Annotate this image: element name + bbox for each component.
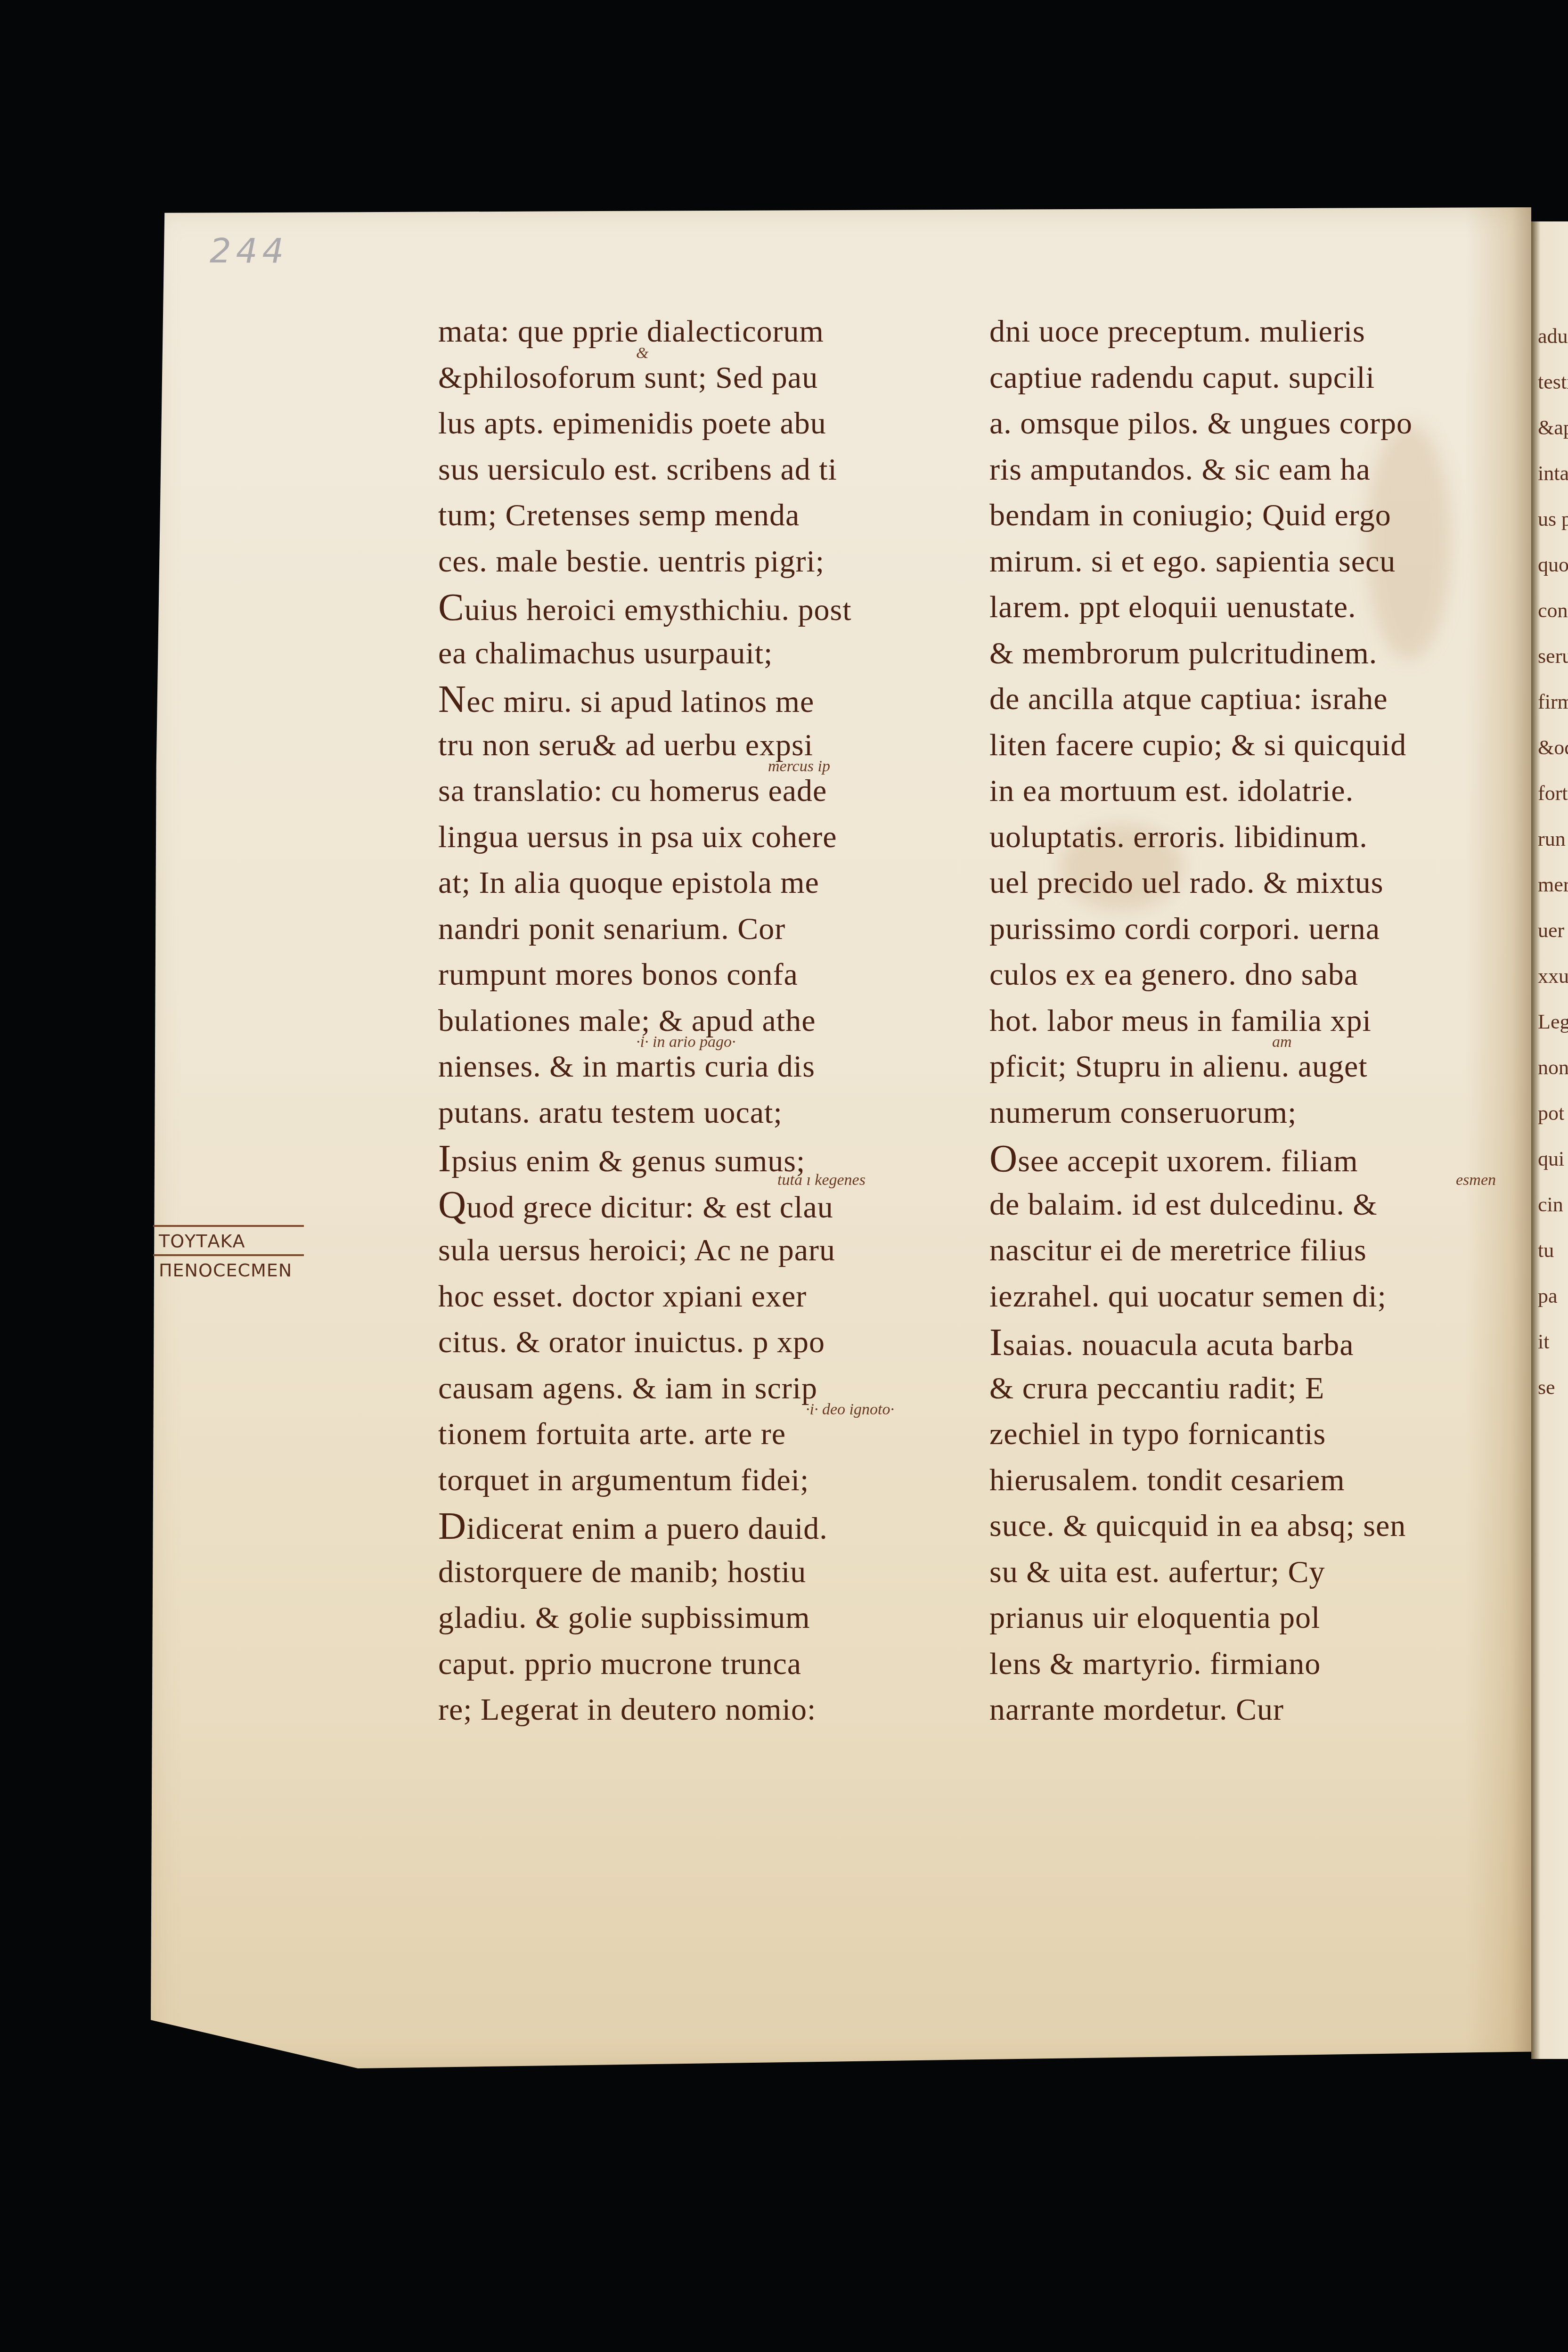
text-line: lens & martyrio. firmiano xyxy=(989,1641,1498,1687)
edge-text-line: firm xyxy=(1531,679,1568,725)
greek-line: ΠΕΝΟCΕCΜΕΝ xyxy=(153,1254,304,1283)
interlinear-gloss: am xyxy=(1272,1033,1292,1051)
interlinear-gloss: esmen xyxy=(1456,1171,1496,1189)
edge-text-line: pot xyxy=(1531,1090,1568,1136)
text-line: Cuius heroici emysthichiu. post xyxy=(438,584,956,630)
greek-line: ΤΟΥΤΑΚΑ xyxy=(153,1225,304,1254)
edge-text-line: testi xyxy=(1531,359,1568,405)
text-line: & crura peccantiu radit; E xyxy=(989,1365,1498,1412)
edge-text-line: tu xyxy=(1531,1227,1568,1273)
text-line: numerum conseruorum; xyxy=(989,1090,1498,1136)
edge-text-line: conti xyxy=(1531,588,1568,633)
edge-text-line: inta xyxy=(1531,450,1568,496)
text-line: Osee accepit uxorem. filiam xyxy=(989,1135,1498,1182)
text-column-left: mata: que pprie dialecticorum&philosofor… xyxy=(438,309,956,1733)
text-line: torquet in argumentum fidei; xyxy=(438,1457,956,1503)
text-line: ea chalimachus usurpauit; xyxy=(438,630,956,677)
text-line: uel precido uel rado. & mixtus xyxy=(989,860,1498,906)
edge-text-line: Lege xyxy=(1531,999,1568,1045)
edge-text-line: &ap xyxy=(1531,405,1568,450)
text-line: sus uersiculo est. scribens ad ti xyxy=(438,447,956,493)
edge-text-line: qui xyxy=(1531,1136,1568,1182)
text-line: distorquere de manib; hostiu xyxy=(438,1549,956,1595)
interlinear-gloss: mercus ip xyxy=(768,758,830,776)
text-line: putans. aratu testem uocat; xyxy=(438,1090,956,1136)
text-line: captiue radendu caput. supcili xyxy=(989,355,1498,401)
text-line: su & uita est. aufertur; Cy xyxy=(989,1549,1498,1595)
text-line: nandri ponit senarium. Cor xyxy=(438,906,956,952)
text-line: & membrorum pulcritudinem. xyxy=(989,630,1498,677)
text-line: purissimo cordi corpori. uerna xyxy=(989,906,1498,952)
text-line: sa translatio: cu homerus eade xyxy=(438,768,956,814)
text-line: re; Legerat in deutero nomio: xyxy=(438,1687,956,1733)
text-line: mirum. si et ego. sapientia secu xyxy=(989,539,1498,585)
text-line: de balaim. id est dulcedinu. & xyxy=(989,1182,1498,1228)
edge-text-line: adu xyxy=(1531,313,1568,359)
text-line: nascitur ei de meretrice filius xyxy=(989,1227,1498,1274)
edge-text-line: serun xyxy=(1531,633,1568,679)
text-line: caput. pprio mucrone trunca xyxy=(438,1641,956,1687)
text-line: Quod grece dicitur: & est clau xyxy=(438,1182,956,1228)
edge-text-line: xxu xyxy=(1531,953,1568,999)
edge-text-line: se xyxy=(1531,1364,1568,1410)
text-line: tum; Cretenses semp menda xyxy=(438,492,956,539)
text-line: hierusalem. tondit cesariem xyxy=(989,1457,1498,1503)
text-line: lingua uersus in psa uix cohere xyxy=(438,814,956,860)
text-line: Isaias. nouacula acuta barba xyxy=(989,1319,1498,1365)
edge-text-line: cin xyxy=(1531,1182,1568,1227)
text-line: mata: que pprie dialecticorum xyxy=(438,309,956,355)
edge-text-line: non xyxy=(1531,1045,1568,1090)
next-page-text: adutesti&apintaus pquorcontiserunfirm&od… xyxy=(1531,313,1568,1410)
text-line: culos ex ea genero. dno saba xyxy=(989,952,1498,998)
text-line: narrante mordetur. Cur xyxy=(989,1687,1498,1733)
text-line: bendam in coniugio; Quid ergo xyxy=(989,492,1498,539)
text-line: citus. & orator inuictus. p xpo xyxy=(438,1319,956,1365)
text-line: dni uoce preceptum. mulieris xyxy=(989,309,1498,355)
edge-text-line: us p xyxy=(1531,496,1568,542)
edge-text-line: mer xyxy=(1531,862,1568,907)
text-line: in ea mortuum est. idolatrie. xyxy=(989,768,1498,814)
text-line: zechiel in typo fornicantis xyxy=(989,1411,1498,1457)
interlinear-gloss: ·i· in ario pago· xyxy=(636,1033,736,1051)
text-line: a. omsque pilos. & ungues corpo xyxy=(989,400,1498,447)
text-line: hoc esset. doctor xpiani exer xyxy=(438,1274,956,1320)
text-line: &philosoforum sunt; Sed pau xyxy=(438,355,956,401)
text-line: prianus uir eloquentia pol xyxy=(989,1595,1498,1641)
text-line: Nec miru. si apud latinos me xyxy=(438,676,956,722)
edge-text-line: uer xyxy=(1531,907,1568,953)
next-page-edge: adutesti&apintaus pquorcontiserunfirm&od… xyxy=(1531,221,1568,2059)
interlinear-gloss: ·i· deo ignoto· xyxy=(806,1401,894,1419)
edge-text-line: run xyxy=(1531,816,1568,862)
text-line: iezrahel. qui uocatur semen di; xyxy=(989,1274,1498,1320)
text-line: rumpunt mores bonos confa xyxy=(438,952,956,998)
interlinear-gloss: tuta ı kegenes xyxy=(777,1171,866,1189)
text-line: pficit; Stupru in alienu. auget xyxy=(989,1044,1498,1090)
text-line: hot. labor meus in familia xpi xyxy=(989,998,1498,1044)
edge-text-line: it xyxy=(1531,1319,1568,1364)
folio-number: 244 xyxy=(210,231,288,270)
text-line: de ancilla atque captiua: israhe xyxy=(989,676,1498,722)
text-line: suce. & quicquid in ea absq; sen xyxy=(989,1503,1498,1549)
margin-greek-gloss: ΤΟΥΤΑΚΑ ΠΕΝΟCΕCΜΕΝ xyxy=(153,1225,304,1283)
text-line: ces. male bestie. uentris pigri; xyxy=(438,539,956,585)
text-line: lus apts. epimenidis poete abu xyxy=(438,400,956,447)
text-line: ris amputandos. & sic eam ha xyxy=(989,447,1498,493)
text-column-right: dni uoce preceptum. mulieriscaptiue rade… xyxy=(989,309,1498,1733)
text-line: sula uersus heroici; Ac ne paru xyxy=(438,1227,956,1274)
interlinear-gloss: & xyxy=(636,344,648,362)
text-line: Didicerat enim a puero dauid. xyxy=(438,1503,956,1549)
edge-text-line: &odi xyxy=(1531,725,1568,770)
text-line: liten facere cupio; & si quicquid xyxy=(989,722,1498,768)
text-line: larem. ppt eloquii uenustate. xyxy=(989,584,1498,630)
text-line: tru non seru& ad uerbu expsi xyxy=(438,722,956,768)
text-line: at; In alia quoque epistola me xyxy=(438,860,956,906)
text-line: uoluptatis. erroris. libidinum. xyxy=(989,814,1498,860)
text-line: Ipsius enim & genus sumus; xyxy=(438,1135,956,1182)
edge-text-line: quor xyxy=(1531,542,1568,588)
edge-text-line: fort xyxy=(1531,770,1568,816)
edge-text-line: pa xyxy=(1531,1273,1568,1319)
text-line: gladiu. & golie supbissimum xyxy=(438,1595,956,1641)
